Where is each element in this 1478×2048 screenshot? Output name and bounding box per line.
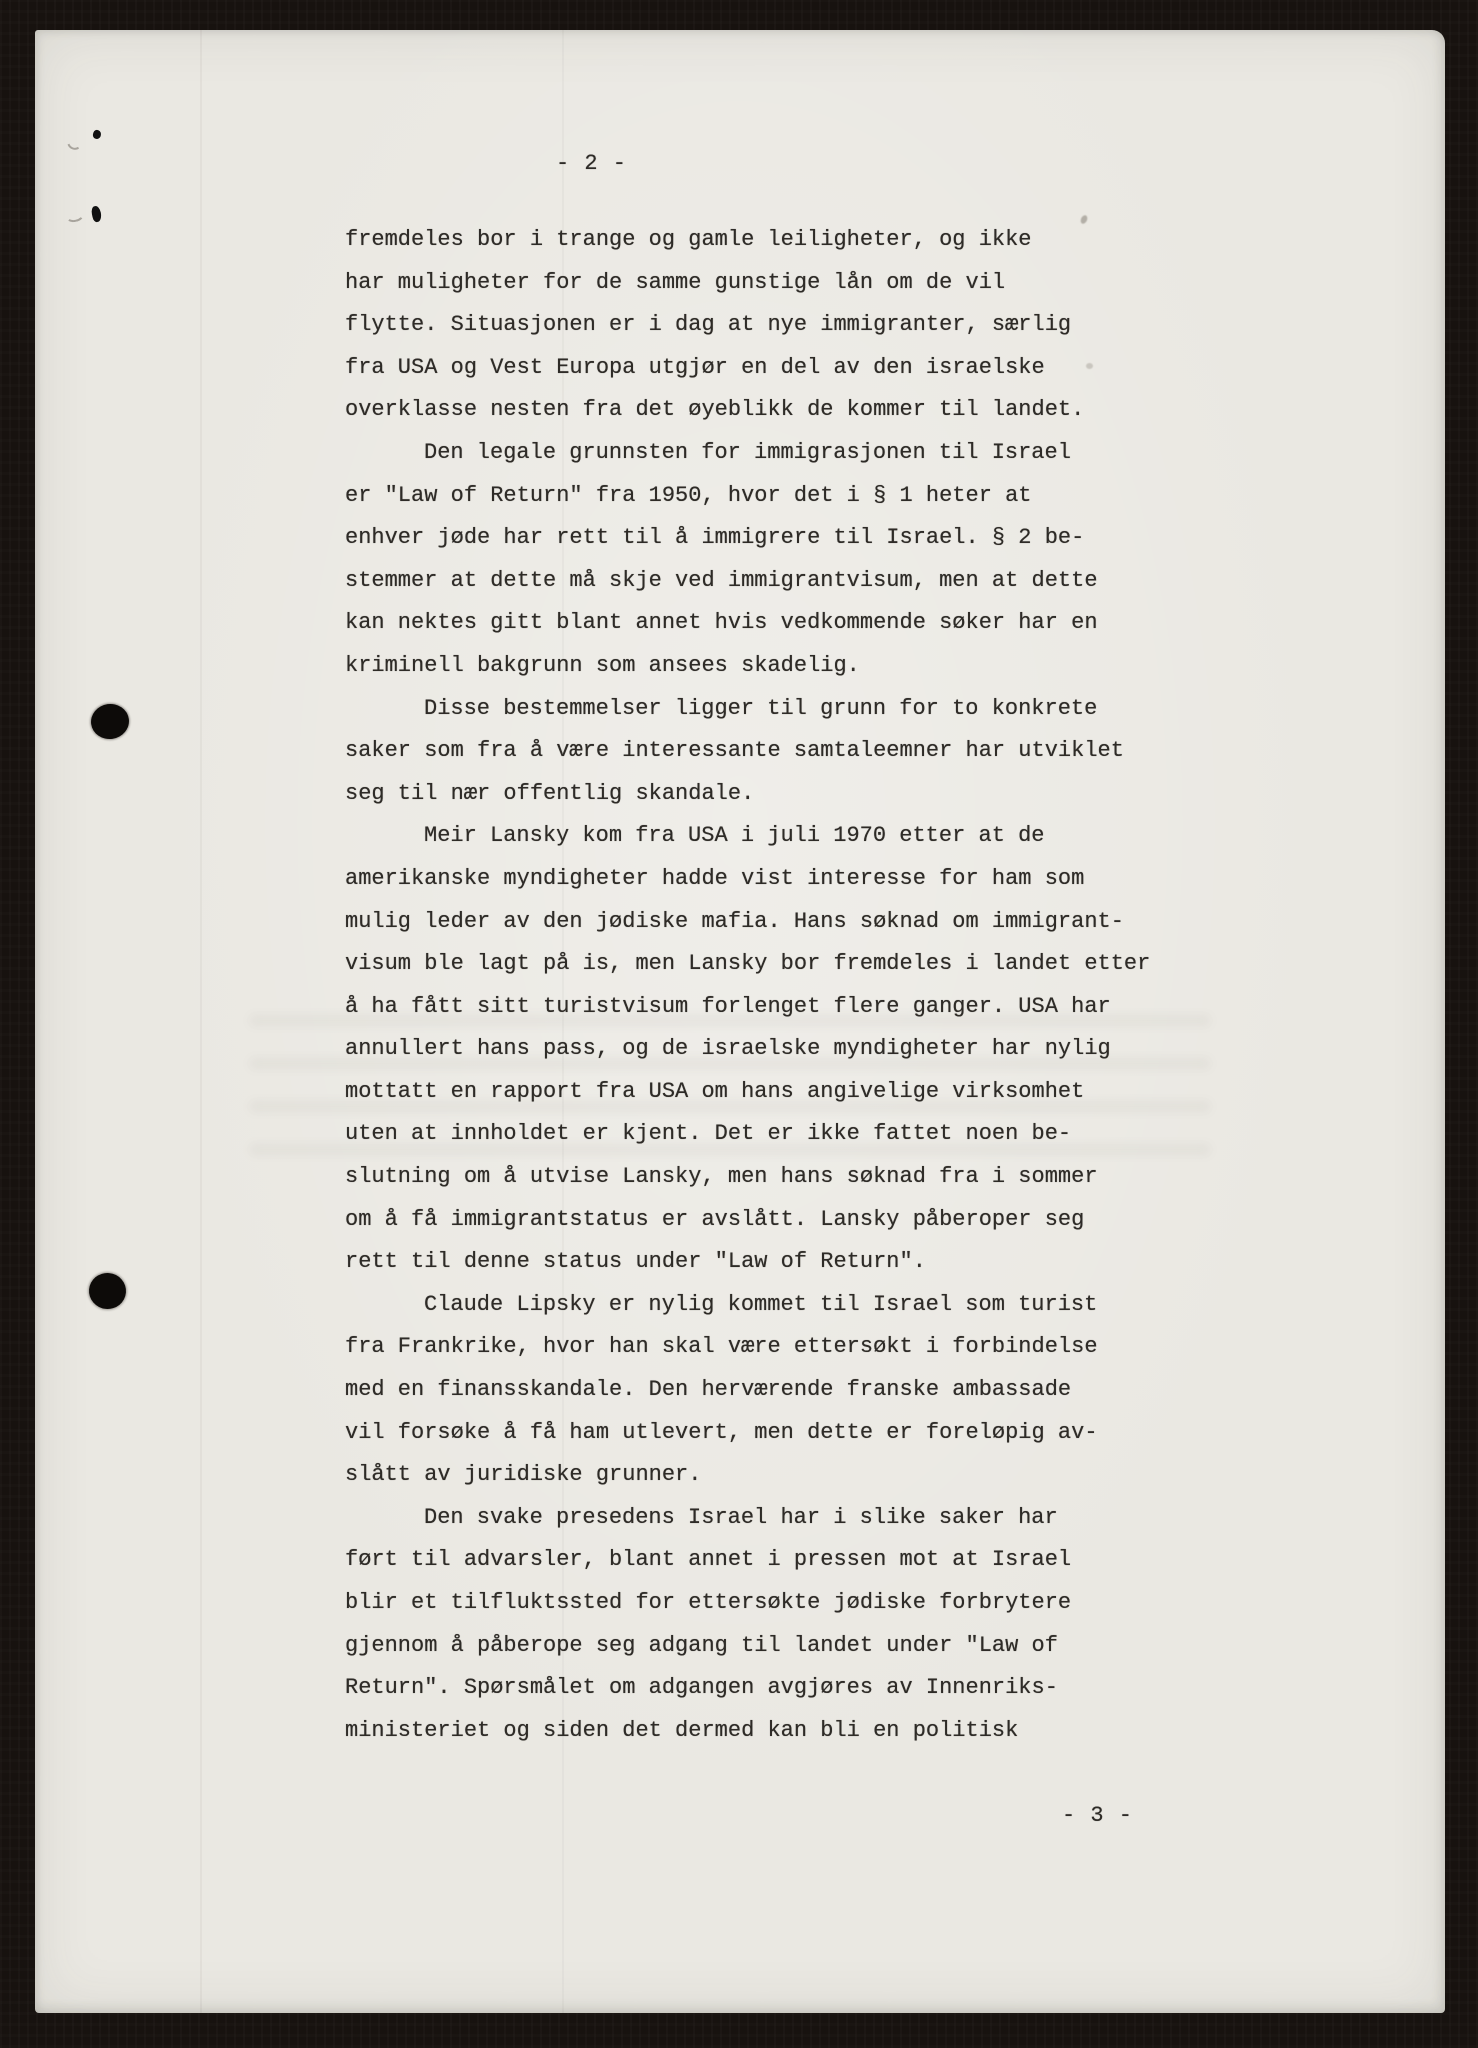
punch-hole-top — [89, 702, 132, 742]
text-line: om å få immigrantstatus er avslått. Lans… — [345, 1199, 1225, 1242]
text-line: saker som fra å være interessante samtal… — [345, 730, 1225, 773]
page-number-top: - 2 - — [556, 151, 627, 176]
text-line: ført til advarsler, blant annet i presse… — [345, 1539, 1225, 1582]
text-line: Claude Lipsky er nylig kommet til Israel… — [345, 1284, 1225, 1327]
text-line: seg til nær offentlig skandale. — [345, 773, 1225, 816]
punch-hole-bottom — [88, 1271, 128, 1310]
text-line: å ha fått sitt turistvisum forlenget fle… — [345, 986, 1225, 1029]
text-line: overklasse nesten fra det øyeblikk de ko… — [345, 389, 1225, 432]
text-line: mulig leder av den jødiske mafia. Hans s… — [345, 901, 1225, 944]
text-line: gjennom å påberope seg adgang til landet… — [345, 1625, 1225, 1668]
text-line: er "Law of Return" fra 1950, hvor det i … — [345, 475, 1225, 518]
pencil-mark — [64, 126, 88, 153]
scan-backdrop: - 2 - fremdeles bor i trange og gamle le… — [0, 0, 1478, 2048]
text-line: rett til denne status under "Law of Retu… — [345, 1241, 1225, 1284]
text-line: flytte. Situasjonen er i dag at nye immi… — [345, 304, 1225, 347]
text-line: vil forsøke å få ham utlevert, men dette… — [345, 1412, 1225, 1455]
text-line: mottatt en rapport fra USA om hans angiv… — [345, 1071, 1225, 1114]
text-line: fra Frankrike, hvor han skal være etters… — [345, 1326, 1225, 1369]
page-number-bottom: - 3 - — [1062, 1803, 1133, 1828]
text-line: kan nektes gitt blant annet hvis vedkomm… — [345, 602, 1225, 645]
text-line: kriminell bakgrunn som ansees skadelig. — [345, 645, 1225, 688]
ink-speck — [90, 205, 102, 223]
text-line: enhver jøde har rett til å immigrere til… — [345, 517, 1225, 560]
text-line: uten at innholdet er kjent. Det er ikke … — [345, 1113, 1225, 1156]
text-line: Den svake presedens Israel har i slike s… — [345, 1497, 1225, 1540]
text-line: slått av juridiske grunner. — [345, 1454, 1225, 1497]
text-line: ministeriet og siden det dermed kan bli … — [345, 1710, 1225, 1753]
text-line: amerikanske myndigheter hadde vist inter… — [345, 858, 1225, 901]
text-line: visum ble lagt på is, men Lansky bor fre… — [345, 943, 1225, 986]
text-line: Return". Spørsmålet om adgangen avgjøres… — [345, 1667, 1225, 1710]
text-line: Den legale grunnsten for immigrasjonen t… — [345, 432, 1225, 475]
text-line: slutning om å utvise Lansky, men hans sø… — [345, 1156, 1225, 1199]
text-line: blir et tilfluktssted for ettersøkte jød… — [345, 1582, 1225, 1625]
ink-speck — [92, 129, 103, 140]
text-line: fremdeles bor i trange og gamle leilighe… — [345, 219, 1225, 262]
text-line: stemmer at dette må skje ved immigrantvi… — [345, 560, 1225, 603]
scanned-page: - 2 - fremdeles bor i trange og gamle le… — [35, 30, 1445, 2013]
text-line: fra USA og Vest Europa utgjør en del av … — [345, 347, 1225, 390]
paper-crease — [200, 30, 202, 2013]
text-line: med en finansskandale. Den herværende fr… — [345, 1369, 1225, 1412]
text-line: Meir Lansky kom fra USA i juli 1970 ette… — [345, 815, 1225, 858]
pencil-mark — [64, 206, 85, 223]
text-line: annullert hans pass, og de israelske myn… — [345, 1028, 1225, 1071]
typewritten-text: fremdeles bor i trange og gamle leilighe… — [345, 219, 1225, 1752]
text-line: Disse bestemmelser ligger til grunn for … — [345, 688, 1225, 731]
text-line: har muligheter for de samme gunstige lån… — [345, 262, 1225, 305]
